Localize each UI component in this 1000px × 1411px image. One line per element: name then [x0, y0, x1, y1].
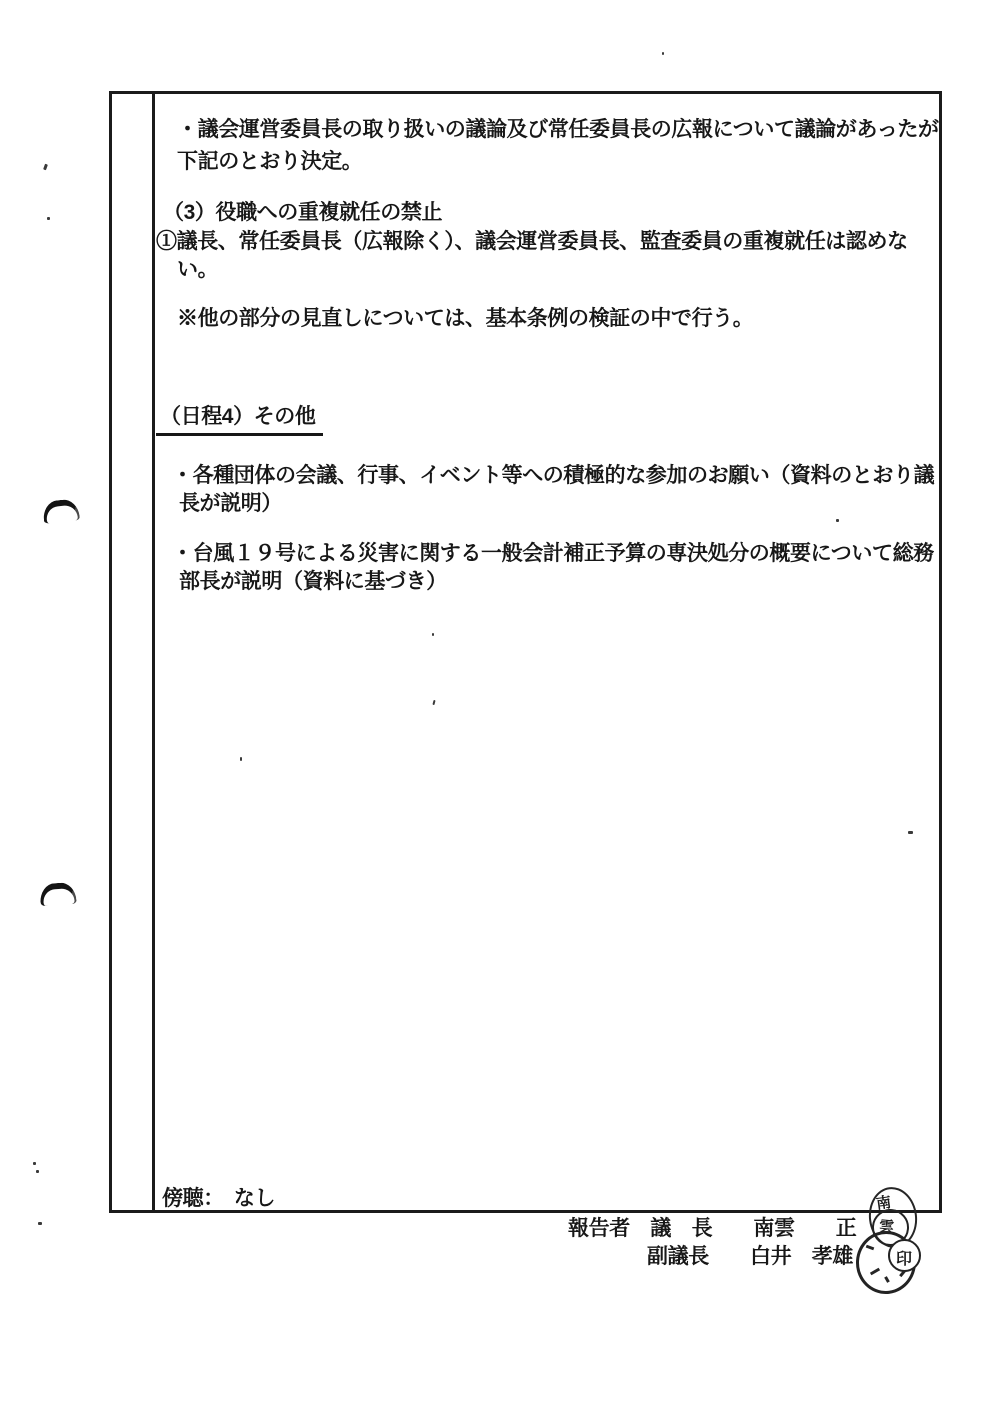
document-border-frame — [109, 91, 942, 1213]
vice-chairman-seal-in-character: 印 — [896, 1246, 912, 1269]
reporter-chairman-line: 報告者 議 長 南雲 正 — [568, 1216, 856, 1241]
scan-speck — [662, 52, 664, 55]
scan-speck — [432, 633, 434, 636]
section3-note: ※他の部分の見直しについては、基本条例の検証の中で行う。 — [177, 306, 753, 331]
scan-speck — [43, 164, 48, 171]
punch-hole-shadow-top — [42, 498, 80, 524]
agenda4-bullet2-line2: 部長が説明（資料に基づき） — [179, 569, 447, 594]
reporter-vice-chairman-line: 副議長 白井 孝雄 — [647, 1244, 853, 1269]
scanned-document-page: ・議会運営委員長の取り扱いの議論及び常任委員長の広報について議論があったが 下記… — [0, 0, 1000, 1411]
agenda4-bullet1-line2: 長が説明） — [179, 491, 282, 516]
left-margin-rule — [152, 92, 155, 1212]
scan-speck — [36, 1170, 39, 1173]
vice-chairman-seal-inner-ring: 印 — [888, 1239, 921, 1272]
agenda4-bullet2-line1: ・台風１９号による災害に関する一般会計補正予算の専決処分の概要について総務 — [172, 541, 934, 566]
scan-speck — [240, 757, 242, 761]
section3-item-line2: い。 — [177, 257, 218, 282]
scan-speck — [38, 1222, 42, 1225]
punch-hole-shadow-bottom — [39, 882, 76, 906]
scan-speck — [47, 217, 50, 220]
paragraph-decision-line1: ・議会運営委員長の取り扱いの議論及び常任委員長の広報について議論があったが — [177, 117, 939, 142]
section3-item-line1: ①議長、常任委員長（広報除く）、議会運営委員長、監査委員の重複就任は認めな — [156, 229, 908, 254]
agenda4-heading: （日程4）その他 — [156, 404, 323, 436]
paragraph-decision-line2: 下記のとおり決定。 — [177, 149, 362, 174]
agenda4-bullet1-line1: ・各種団体の会議、行事、イベント等への積極的な参加のお願い（資料のとおり議 — [172, 463, 934, 488]
section3-heading: （3）役職への重複就任の禁止 — [163, 200, 442, 225]
scan-speck — [836, 519, 839, 522]
audience-note: 傍聴： なし — [162, 1186, 275, 1211]
scan-speck — [908, 831, 913, 834]
scan-speck — [33, 1162, 36, 1165]
